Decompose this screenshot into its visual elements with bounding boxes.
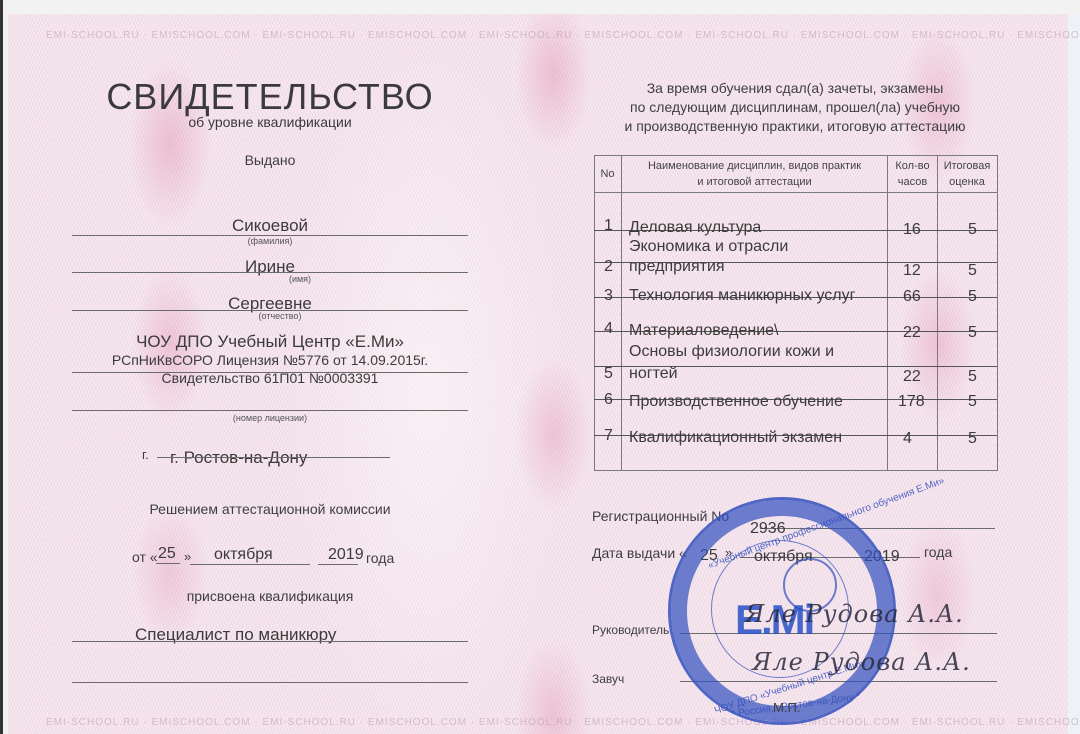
intro-line-2: по следующим дисциплинам, прошел(ла) уче… bbox=[560, 98, 1030, 117]
registration-label: Регистрационный No bbox=[592, 508, 729, 524]
table-col-divider-3 bbox=[937, 155, 938, 470]
header-hours: Кол-во часов bbox=[888, 158, 937, 190]
license-number-caption: (номер лицензии) bbox=[70, 413, 470, 423]
issue-suffix: года bbox=[924, 544, 952, 560]
header-name: Наименование дисциплин, видов практик и … bbox=[622, 158, 887, 190]
intro-line-1: За время обучения сдал(а) зачеты, экзаме… bbox=[560, 79, 1030, 98]
city-prefix: г. bbox=[142, 447, 149, 462]
date-suffix: года bbox=[366, 550, 394, 566]
qualification-value: Специалист по маникюру bbox=[135, 625, 336, 645]
date-year-underline bbox=[318, 564, 358, 565]
date-quote-close: » bbox=[184, 549, 191, 564]
watermark-top: EMI-SCHOOL.RU · EMISCHOOL.COM · EMI-SCHO… bbox=[46, 30, 1080, 41]
table-col-divider-1 bbox=[621, 155, 622, 470]
watermark-bottom: EMI-SCHOOL.RU · EMISCHOOL.COM · EMI-SCHO… bbox=[46, 717, 1080, 728]
issued-label: Выдано bbox=[70, 152, 470, 168]
name-caption: (имя) bbox=[100, 274, 500, 284]
name-underline bbox=[72, 272, 468, 273]
head-signature: Яле Рудова А.А. bbox=[745, 600, 964, 628]
qualification-underline bbox=[72, 641, 468, 642]
scan-edge-right bbox=[1068, 14, 1080, 734]
date-prefix: от « bbox=[132, 549, 158, 565]
patronymic-caption: (отчество) bbox=[80, 311, 480, 321]
table-col-divider-2 bbox=[887, 155, 888, 470]
date-day: 25 bbox=[158, 545, 176, 563]
date-month: октября bbox=[214, 546, 273, 564]
qualification-label: присвоена квалификация bbox=[70, 588, 470, 604]
deputy-label: Завуч bbox=[592, 672, 624, 686]
date-month-underline bbox=[190, 564, 310, 565]
header-no: No bbox=[594, 166, 621, 182]
license-line: РСпНиКвСОРО Лицензия №5776 от 14.09.2015… bbox=[40, 352, 500, 368]
intro-line-3: и производственную практики, итоговую ат… bbox=[560, 117, 1030, 136]
head-label: Руководитель bbox=[592, 623, 669, 637]
deputy-signature: Яле Рудова А.А. bbox=[752, 648, 971, 676]
header-grade: Итоговая оценка bbox=[938, 158, 996, 190]
license-number-underline bbox=[72, 410, 468, 411]
intro-text: За время обучения сдал(а) зачеты, экзаме… bbox=[560, 79, 1030, 136]
deputy-signature-scribble: Яле bbox=[752, 648, 813, 676]
head-signature-scribble: Яле bbox=[745, 600, 806, 628]
issue-date-label: Дата выдачи « bbox=[592, 545, 687, 561]
table-header-divider bbox=[594, 192, 997, 193]
date-year: 2019 bbox=[328, 546, 364, 564]
scan-edge bbox=[0, 0, 3, 734]
city-underline bbox=[157, 457, 390, 458]
certificate-number-line: Свидетельство 61П01 №0003391 bbox=[40, 370, 500, 386]
certificate-title: СВИДЕТЕЛЬСТВО bbox=[70, 76, 470, 118]
seal-label: М.П. bbox=[773, 700, 800, 715]
date-day-underline bbox=[156, 563, 180, 564]
surname-value: Сикоевой bbox=[70, 216, 470, 236]
deputy-signature-name: Рудова А.А. bbox=[813, 648, 971, 676]
surname-caption: (фамилия) bbox=[70, 236, 470, 246]
head-signature-name: Рудова А.А. bbox=[806, 600, 964, 628]
city-value: г. Ростов-на-Дону bbox=[170, 448, 307, 468]
commission-label: Решением аттестационной комиссии bbox=[70, 501, 470, 517]
organization-name: ЧОУ ДПО Учебный Центр «Е.Ми» bbox=[40, 332, 500, 352]
qualification-underline-2 bbox=[72, 682, 468, 683]
certificate-subtitle: об уровне квалификации bbox=[70, 114, 470, 130]
